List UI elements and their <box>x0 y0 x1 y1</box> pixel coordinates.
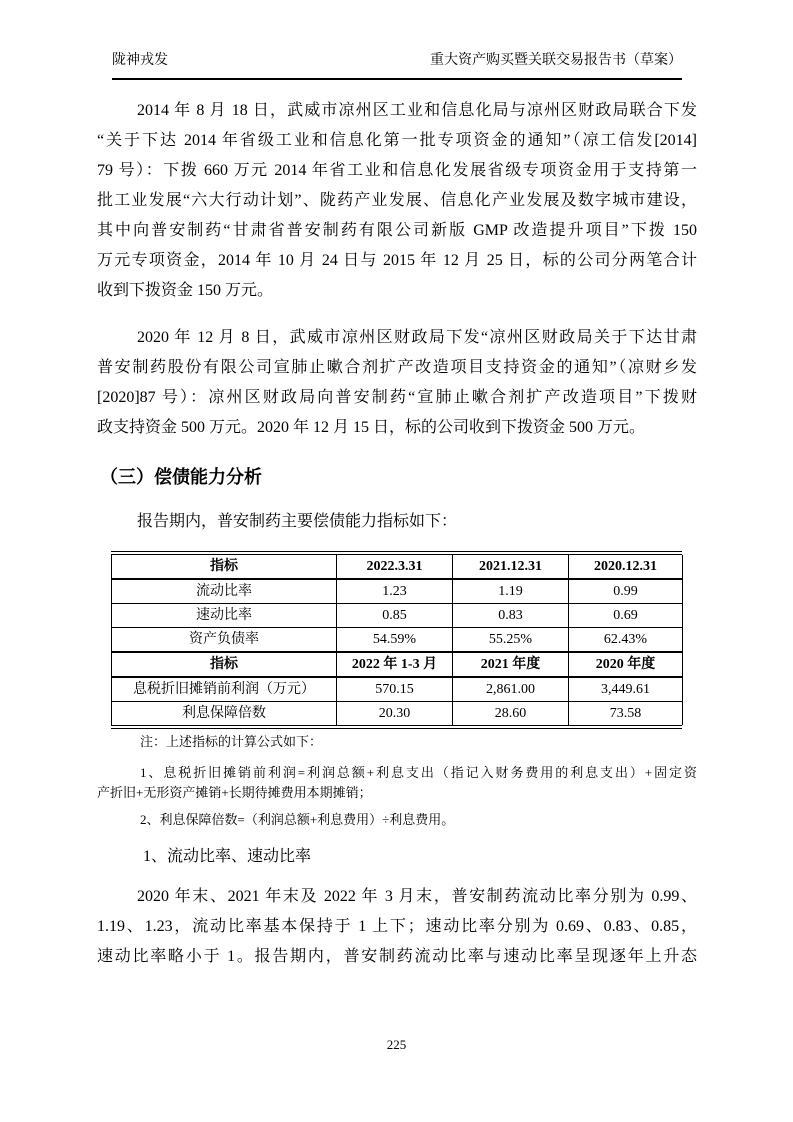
table-cell: 3,449.61 <box>569 677 683 702</box>
table-note-item-1: 1、息税折旧摊销前利润=利润总额+利息支出（指记入财务费用的利息支出）+固定资 … <box>97 763 697 803</box>
subsection-heading: 1、流动比率、速动比率 <box>97 842 697 872</box>
table-intro-line: 报告期内，普安制药主要偿债能力指标如下： <box>97 507 697 537</box>
table-cell: 28.60 <box>453 702 569 726</box>
table-header-row: 指标 2022 年 1-3 月 2021 年度 2020 年度 <box>112 652 683 677</box>
text-line: 2、利息保障倍数=（利润总额+利息费用）÷利息费用。 <box>97 810 697 830</box>
table-cell: 0.99 <box>569 579 683 604</box>
text-line: 注：上述指标的计算公式如下： <box>97 732 697 752</box>
table-cell: 55.25% <box>453 628 569 653</box>
paragraph-2020-grant: 2020 年 12 月 8 日，武威市凉州区财政局下发“凉州区财政局关于下达甘肃… <box>97 323 697 443</box>
paragraph-ratio-analysis: 2020 年末、2021 年末及 2022 年 3 月末，普安制药流动比率分别为… <box>97 882 697 972</box>
table-cell: 2,861.00 <box>453 677 569 702</box>
table-row: 利息保障倍数 20.30 28.60 73.58 <box>112 702 683 726</box>
header-report-title: 重大资产购买暨关联交易报告书（草案） <box>430 52 682 70</box>
table-cell: 62.43% <box>569 628 683 653</box>
table-row: 息税折旧摊销前利润（万元） 570.15 2,861.00 3,449.61 <box>112 677 683 702</box>
text-line: [2020]87 号）：凉州区财政局向普安制药“宣肺止嗽合剂扩产改造项目”下拨财 <box>97 383 697 413</box>
table-cell: 速动比率 <box>112 604 337 628</box>
table-cell: 流动比率 <box>112 579 337 604</box>
table-header-cell: 2021 年度 <box>453 652 569 677</box>
table-header-cell: 指标 <box>112 652 337 677</box>
table-cell: 1.19 <box>453 579 569 604</box>
text-line: 批工业发展“六大行动计划”、陇药产业发展、信息化产业发展及数字城市建设， <box>97 186 697 216</box>
table-cell: 1.23 <box>337 579 453 604</box>
section-heading: （三）偿债能力分析 <box>100 464 700 490</box>
table-cell: 54.59% <box>337 628 453 653</box>
text-line: 1.19、1.23，流动比率基本保持于 1 上下；速动比率分别为 0.69、0.… <box>97 912 697 942</box>
table-header-cell: 2022 年 1-3 月 <box>337 652 453 677</box>
text-line: 产折旧+无形资产摊销+长期待摊费用本期摊销； <box>97 783 697 803</box>
table-header-cell: 2022.3.31 <box>337 555 453 579</box>
table-cell: 0.83 <box>453 604 569 628</box>
text-line: 政支持资金 500 万元。2020 年 12 月 15 日，标的公司收到下拨资金… <box>97 413 697 443</box>
table-header-cell: 2021.12.31 <box>453 555 569 579</box>
text-line: 万元专项资金，2014 年 10 月 24 日与 2015 年 12 月 25 … <box>97 246 697 276</box>
text-line: 其中向普安制药“甘肃省普安制药有限公司新版 GMP 改造提升项目”下拨 150 <box>97 216 697 246</box>
header-company-name: 陇神戎发 <box>112 52 168 70</box>
text-line: 普安制药股份有限公司宣肺止嗽合剂扩产改造项目支持资金的通知”（凉财乡发 <box>97 353 697 383</box>
table-header-cell: 2020 年度 <box>569 652 683 677</box>
text-line: 速动比率略小于 1。报告期内，普安制药流动比率与速动比率呈现逐年上升态 <box>97 942 697 972</box>
table-note-item-2: 2、利息保障倍数=（利润总额+利息费用）÷利息费用。 <box>97 810 697 830</box>
table-cell: 73.58 <box>569 702 683 726</box>
document-page: 陇神戎发 重大资产购买暨关联交易报告书（草案） 2014 年 8 月 18 日，… <box>0 0 793 1122</box>
paragraph-2014-grant: 2014 年 8 月 18 日，武威市凉州区工业和信息化局与凉州区财政局联合下发… <box>97 96 697 306</box>
table-cell: 20.30 <box>337 702 453 726</box>
text-line: 79 号）：下拨 660 万元 2014 年省工业和信息化发展省级专项资金用于支… <box>97 156 697 186</box>
table-cell: 资产负债率 <box>112 628 337 653</box>
table-row: 流动比率 1.23 1.19 0.99 <box>112 579 683 604</box>
text-line: “关于下达 2014 年省级工业和信息化第一批专项资金的通知”（凉工信发[201… <box>97 126 697 156</box>
table-row: 速动比率 0.85 0.83 0.69 <box>112 604 683 628</box>
table-note-title: 注：上述指标的计算公式如下： <box>97 732 697 752</box>
page-header: 陇神戎发 重大资产购买暨关联交易报告书（草案） <box>112 52 682 80</box>
table-cell: 息税折旧摊销前利润（万元） <box>112 677 337 702</box>
text-line: 收到下拨资金 150 万元。 <box>97 276 697 306</box>
table-row: 资产负债率 54.59% 55.25% 62.43% <box>112 628 683 653</box>
table-header-cell: 指标 <box>112 555 337 579</box>
text-line: 2020 年 12 月 8 日，武威市凉州区财政局下发“凉州区财政局关于下达甘肃 <box>97 323 697 353</box>
text-line: 报告期内，普安制药主要偿债能力指标如下： <box>97 507 697 537</box>
text-line: 2014 年 8 月 18 日，武威市凉州区工业和信息化局与凉州区财政局联合下发 <box>97 96 697 126</box>
table-cell: 0.85 <box>337 604 453 628</box>
page-number: 225 <box>0 1037 793 1053</box>
text-line: 2020 年末、2021 年末及 2022 年 3 月末，普安制药流动比率分别为… <box>97 882 697 912</box>
text-line: 1、息税折旧摊销前利润=利润总额+利息支出（指记入财务费用的利息支出）+固定资 <box>97 763 697 783</box>
table-cell: 570.15 <box>337 677 453 702</box>
solvency-indicators-table: 指标 2022.3.31 2021.12.31 2020.12.31 流动比率 … <box>111 551 682 729</box>
table-header-row: 指标 2022.3.31 2021.12.31 2020.12.31 <box>112 555 683 579</box>
table-cell: 0.69 <box>569 604 683 628</box>
table-cell: 利息保障倍数 <box>112 702 337 726</box>
table-header-cell: 2020.12.31 <box>569 555 683 579</box>
